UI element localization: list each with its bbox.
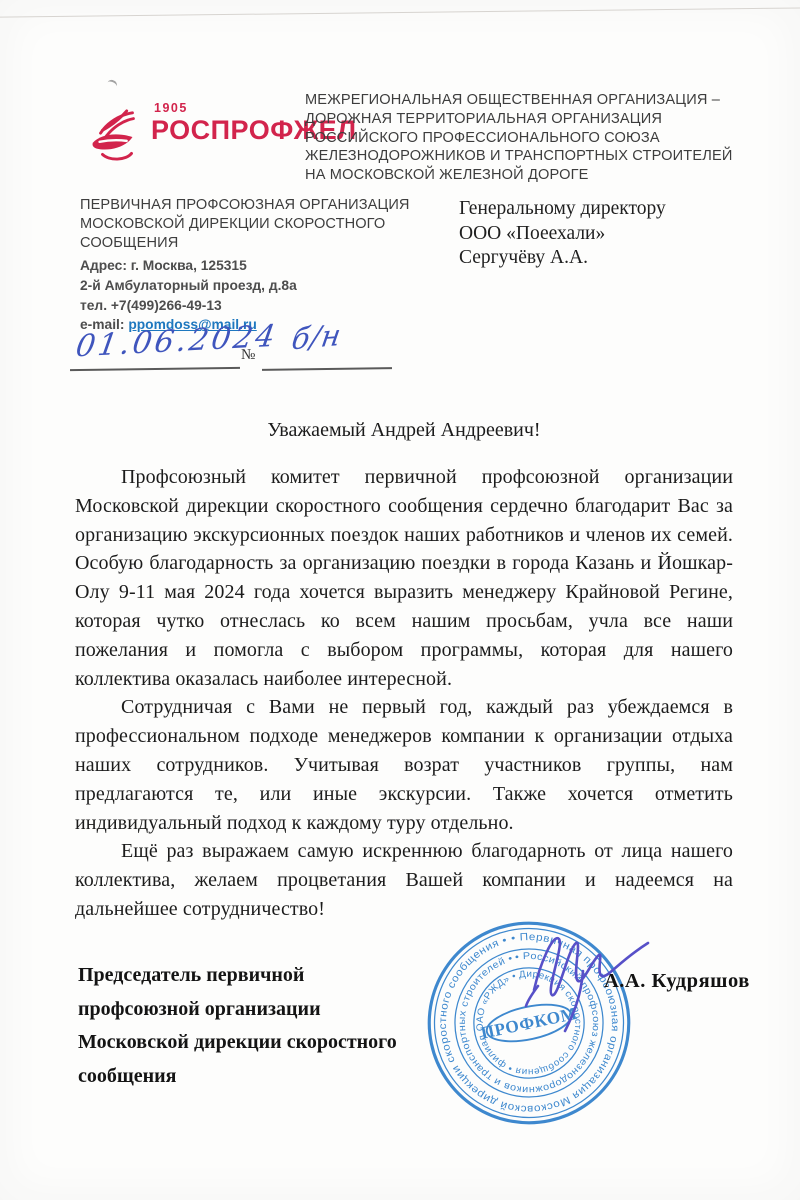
logo-year: 1905 [154, 101, 188, 115]
letter-paragraph: Сотрудничая с Вами не первый год, каждый… [75, 693, 733, 837]
signature-title-line: Председатель первичной [78, 959, 448, 993]
rosprofzhel-bird-logo-icon [88, 108, 146, 166]
header-org-block: МЕЖРЕГИОНАЛЬНАЯ ОБЩЕСТВЕННАЯ ОРГАНИЗАЦИЯ… [305, 91, 770, 185]
sender-phone: тел. +7(499)266-49-13 [80, 296, 420, 316]
header-org-line: НА МОСКОВСКОЙ ЖЕЛЕЗНОЙ ДОРОГЕ [305, 166, 770, 185]
header-org-line: МЕЖРЕГИОНАЛЬНАЯ ОБЩЕСТВЕННАЯ ОРГАНИЗАЦИЯ… [305, 91, 770, 110]
signer-name: А.А. Кудряшов [604, 970, 750, 993]
sender-org-line: СООБЩЕНИЯ [80, 234, 440, 253]
handwritten-number: б/н [289, 318, 344, 357]
header-org-line: ЖЕЛЕЗНОДОРОЖНИКОВ И ТРАНСПОРТНЫХ СТРОИТЕ… [305, 147, 770, 166]
recipient-line: Генеральному директору [459, 197, 739, 222]
sender-address-line: 2-й Амбулаторный проезд, д.8а [80, 276, 420, 296]
recipient-line: ООО «Поеехали» [459, 222, 739, 247]
letter-body: Профсоюзный комитет первичной профсоюзно… [75, 463, 733, 924]
number-underline [262, 367, 392, 371]
recipient-block: Генеральному директору ООО «Поеехали» Се… [459, 197, 739, 271]
letter-paragraph: Ещё раз выражаем самую искреннюю благода… [75, 837, 733, 923]
sender-org-line: МОСКОВСКОЙ ДИРЕКЦИИ СКОРОСТНОГО [80, 215, 440, 234]
scan-artifact-curl [106, 78, 119, 90]
date-underline [70, 367, 240, 371]
letter-paragraph: Профсоюзный комитет первичной профсоюзно… [75, 463, 733, 693]
recipient-line: Сергучёву А.А. [459, 246, 739, 271]
header-org-line: РОССИЙСКОГО ПРОФЕССИОНАЛЬНОГО СОЮЗА [305, 129, 770, 148]
salutation: Уважаемый Андрей Андреевич! [75, 419, 733, 442]
scanned-letter-page: 1905 РОСПРОФЖЕЛ МЕЖРЕГИОНАЛЬНАЯ ОБЩЕСТВЕ… [0, 0, 800, 1200]
sender-org-line: ПЕРВИЧНАЯ ПРОФСОЮЗНАЯ ОРГАНИЗАЦИЯ [80, 196, 440, 215]
signature-title-line: профсоюзной организации [78, 993, 448, 1027]
sender-org-block: ПЕРВИЧНАЯ ПРОФСОЮЗНАЯ ОРГАНИЗАЦИЯ МОСКОВ… [80, 196, 440, 253]
scan-artifact-line [0, 7, 800, 17]
signature-title-line: Московской дирекции скоростного [78, 1026, 448, 1060]
number-sign: № [241, 347, 255, 364]
header-org-line: ДОРОЖНАЯ ТЕРРИТОРИАЛЬНАЯ ОРГАНИЗАЦИЯ [305, 110, 770, 129]
sender-address-line: Адрес: г. Москва, 125315 [80, 256, 420, 276]
signature-title-block: Председатель первичной профсоюзной орган… [78, 959, 448, 1093]
signature-title-line: сообщения [78, 1060, 448, 1094]
